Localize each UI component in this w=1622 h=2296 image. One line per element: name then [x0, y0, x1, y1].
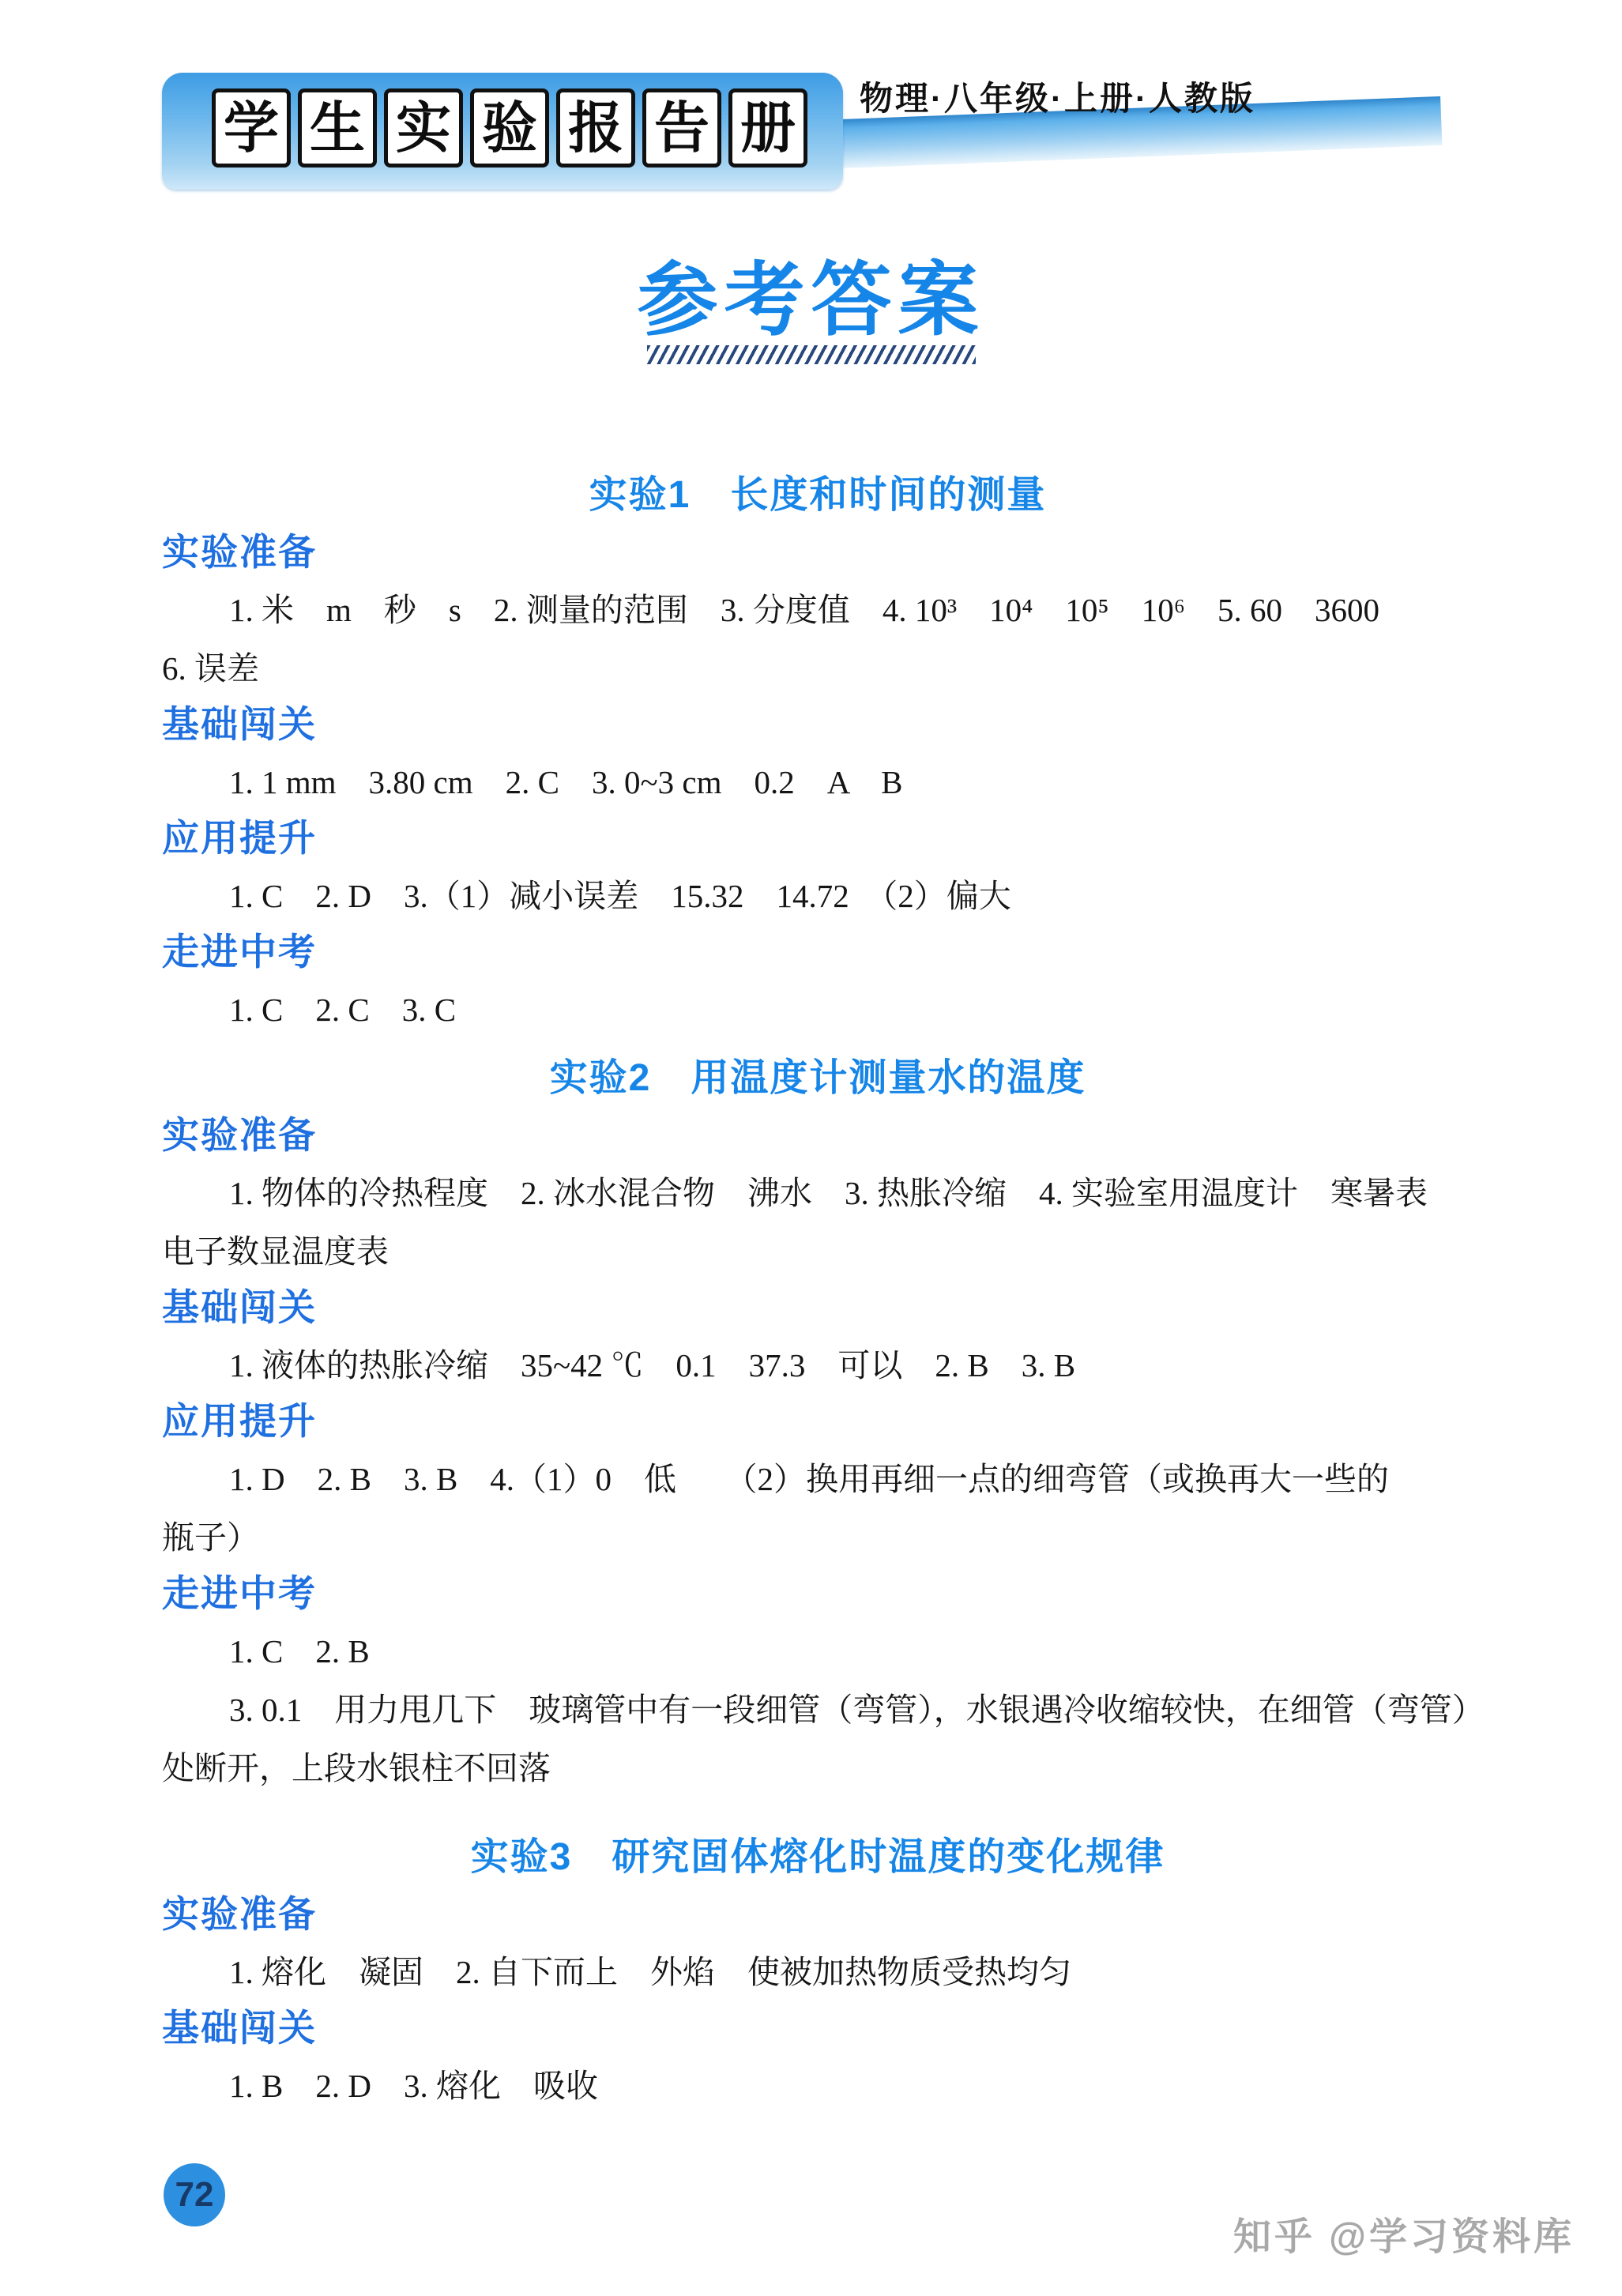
logo-character-box: 生 — [298, 88, 377, 167]
answer-lines: 1. D 2. B 3. B 4.（1）0 低 （2）换用再细一点的细弯管（或换… — [162, 1455, 1473, 1562]
answer-category-heading: 走进中考 — [162, 1570, 1473, 1617]
answer-line: 1. 物体的冷热程度 2. 冰水混合物 沸水 3. 热胀冷缩 4. 实验室用温度… — [162, 1169, 1473, 1218]
watermark-text: 知乎 @学习资料库 — [1233, 2206, 1575, 2260]
answer-block: 实验准备 1. 熔化 凝固 2. 自下而上 外焰 使被加热物质受热均匀 — [162, 1891, 1473, 1997]
answer-line: 1. 1 mm 3.80 cm 2. C 3. 0~3 cm 0.2 A B — [162, 758, 1473, 807]
logo-character-box: 报 — [556, 88, 635, 167]
page-title: 参考答案 — [0, 257, 1622, 344]
answer-line: 1. 液体的热胀冷缩 35~42 ℃ 0.1 37.3 可以 2. B 3. B — [162, 1341, 1473, 1390]
experiment-heading: 实验1 长度和时间的测量 — [162, 470, 1473, 521]
answer-category-heading: 应用提升 — [162, 815, 1473, 862]
logo-character-box: 告 — [642, 88, 721, 167]
answer-line: 电子数显温度表 — [162, 1227, 1473, 1276]
answer-lines: 1. C 2. D 3.（1）减小误差 15.32 14.72 （2）偏大 — [162, 871, 1473, 920]
answer-lines: 1. C 2. C 3. C — [162, 985, 1473, 1034]
answer-category-heading: 走进中考 — [162, 928, 1473, 976]
answer-category-heading: 基础闯关 — [162, 701, 1473, 748]
answer-line: 1. C 2. D 3.（1）减小误差 15.32 14.72 （2）偏大 — [162, 871, 1473, 920]
answer-lines: 1. B 2. D 3. 熔化 吸收 — [162, 2061, 1473, 2110]
logo-character-box: 学 — [212, 88, 291, 167]
answer-block: 基础闯关 1. B 2. D 3. 熔化 吸收 — [162, 2004, 1473, 2110]
answer-line: 1. B 2. D 3. 熔化 吸收 — [162, 2061, 1473, 2110]
answer-category-heading: 应用提升 — [162, 1398, 1473, 1445]
answer-lines: 1. 1 mm 3.80 cm 2. C 3. 0~3 cm 0.2 A B — [162, 758, 1473, 807]
logo-character-box: 验 — [470, 88, 549, 167]
answer-line: 瓶子） — [162, 1513, 1473, 1562]
answer-lines: 1. C 2. B3. 0.1 用力甩几下 玻璃管中有一段细管（弯管），水银遇冷… — [162, 1627, 1473, 1793]
experiment-section: 实验3 研究固体熔化时温度的变化规律 实验准备 1. 熔化 凝固 2. 自下而上… — [162, 1832, 1473, 2110]
answer-line: 处断开，上段水银柱不回落 — [162, 1744, 1473, 1793]
answer-line: 1. C 2. B — [162, 1627, 1473, 1676]
experiment-section: 实验2 用温度计测量水的温度 实验准备 1. 物体的冷热程度 2. 冰水混合物 … — [162, 1053, 1473, 1793]
answer-category-heading: 实验准备 — [162, 529, 1473, 576]
workbook-answer-page: 学生实验报告册 物理·八年级·上册·人教版 参考答案 实验1 长度和时间的测量 … — [0, 0, 1622, 2296]
answer-line: 1. 米 m 秒 s 2. 测量的范围 3. 分度值 4. 10³ 10⁴ 10… — [162, 585, 1473, 634]
page-header: 学生实验报告册 物理·八年级·上册·人教版 — [0, 0, 1622, 205]
answer-category-heading: 实验准备 — [162, 1891, 1473, 1938]
answer-block: 基础闯关 1. 1 mm 3.80 cm 2. C 3. 0~3 cm 0.2 … — [162, 701, 1473, 807]
answer-line: 6. 误差 — [162, 644, 1473, 693]
answer-lines: 1. 液体的热胀冷缩 35~42 ℃ 0.1 37.3 可以 2. B 3. B — [162, 1341, 1473, 1390]
answers-content: 实验1 长度和时间的测量 实验准备 1. 米 m 秒 s 2. 测量的范围 3.… — [162, 363, 1473, 2110]
experiment-blocks: 实验准备 1. 物体的冷热程度 2. 冰水混合物 沸水 3. 热胀冷缩 4. 实… — [162, 1112, 1473, 1793]
answer-block: 走进中考 1. C 2. B3. 0.1 用力甩几下 玻璃管中有一段细管（弯管）… — [162, 1570, 1473, 1793]
answer-lines: 1. 物体的冷热程度 2. 冰水混合物 沸水 3. 热胀冷缩 4. 实验室用温度… — [162, 1169, 1473, 1276]
title-underline-decoration — [647, 345, 976, 364]
answer-line: 1. D 2. B 3. B 4.（1）0 低 （2）换用再细一点的细弯管（或换… — [162, 1455, 1473, 1504]
answer-block: 基础闯关 1. 液体的热胀冷缩 35~42 ℃ 0.1 37.3 可以 2. B… — [162, 1284, 1473, 1390]
answer-line: 1. 熔化 凝固 2. 自下而上 外焰 使被加热物质受热均匀 — [162, 1948, 1473, 1997]
logo-character-box: 册 — [728, 88, 807, 167]
answer-block: 实验准备 1. 物体的冷热程度 2. 冰水混合物 沸水 3. 热胀冷缩 4. 实… — [162, 1112, 1473, 1276]
answer-line: 1. C 2. C 3. C — [162, 985, 1473, 1034]
edition-label: 物理·八年级·上册·人教版 — [860, 73, 1255, 120]
answer-block: 实验准备 1. 米 m 秒 s 2. 测量的范围 3. 分度值 4. 10³ 1… — [162, 529, 1473, 693]
answer-category-heading: 基础闯关 — [162, 2004, 1473, 2052]
answer-line: 3. 0.1 用力甩几下 玻璃管中有一段细管（弯管），水银遇冷收缩较快，在细管（… — [162, 1685, 1473, 1734]
answer-block: 应用提升 1. D 2. B 3. B 4.（1）0 低 （2）换用再细一点的细… — [162, 1398, 1473, 1562]
experiment-section: 实验1 长度和时间的测量 实验准备 1. 米 m 秒 s 2. 测量的范围 3.… — [162, 470, 1473, 1034]
answer-block: 走进中考 1. C 2. C 3. C — [162, 928, 1473, 1034]
logo-character-box: 实 — [384, 88, 463, 167]
answer-category-heading: 基础闯关 — [162, 1284, 1473, 1331]
experiment-blocks: 实验准备 1. 米 m 秒 s 2. 测量的范围 3. 分度值 4. 10³ 1… — [162, 529, 1473, 1034]
page-number-badge: 72 — [164, 2163, 225, 2226]
experiment-heading: 实验2 用温度计测量水的温度 — [162, 1053, 1473, 1104]
experiment-blocks: 实验准备 1. 熔化 凝固 2. 自下而上 外焰 使被加热物质受热均匀 基础闯关… — [162, 1891, 1473, 2110]
series-logo: 学生实验报告册 — [212, 88, 807, 167]
answer-lines: 1. 米 m 秒 s 2. 测量的范围 3. 分度值 4. 10³ 10⁴ 10… — [162, 585, 1473, 693]
answer-category-heading: 实验准备 — [162, 1112, 1473, 1159]
experiment-heading: 实验3 研究固体熔化时温度的变化规律 — [162, 1832, 1473, 1883]
answer-block: 应用提升 1. C 2. D 3.（1）减小误差 15.32 14.72 （2）… — [162, 815, 1473, 920]
answer-lines: 1. 熔化 凝固 2. 自下而上 外焰 使被加热物质受热均匀 — [162, 1948, 1473, 1997]
